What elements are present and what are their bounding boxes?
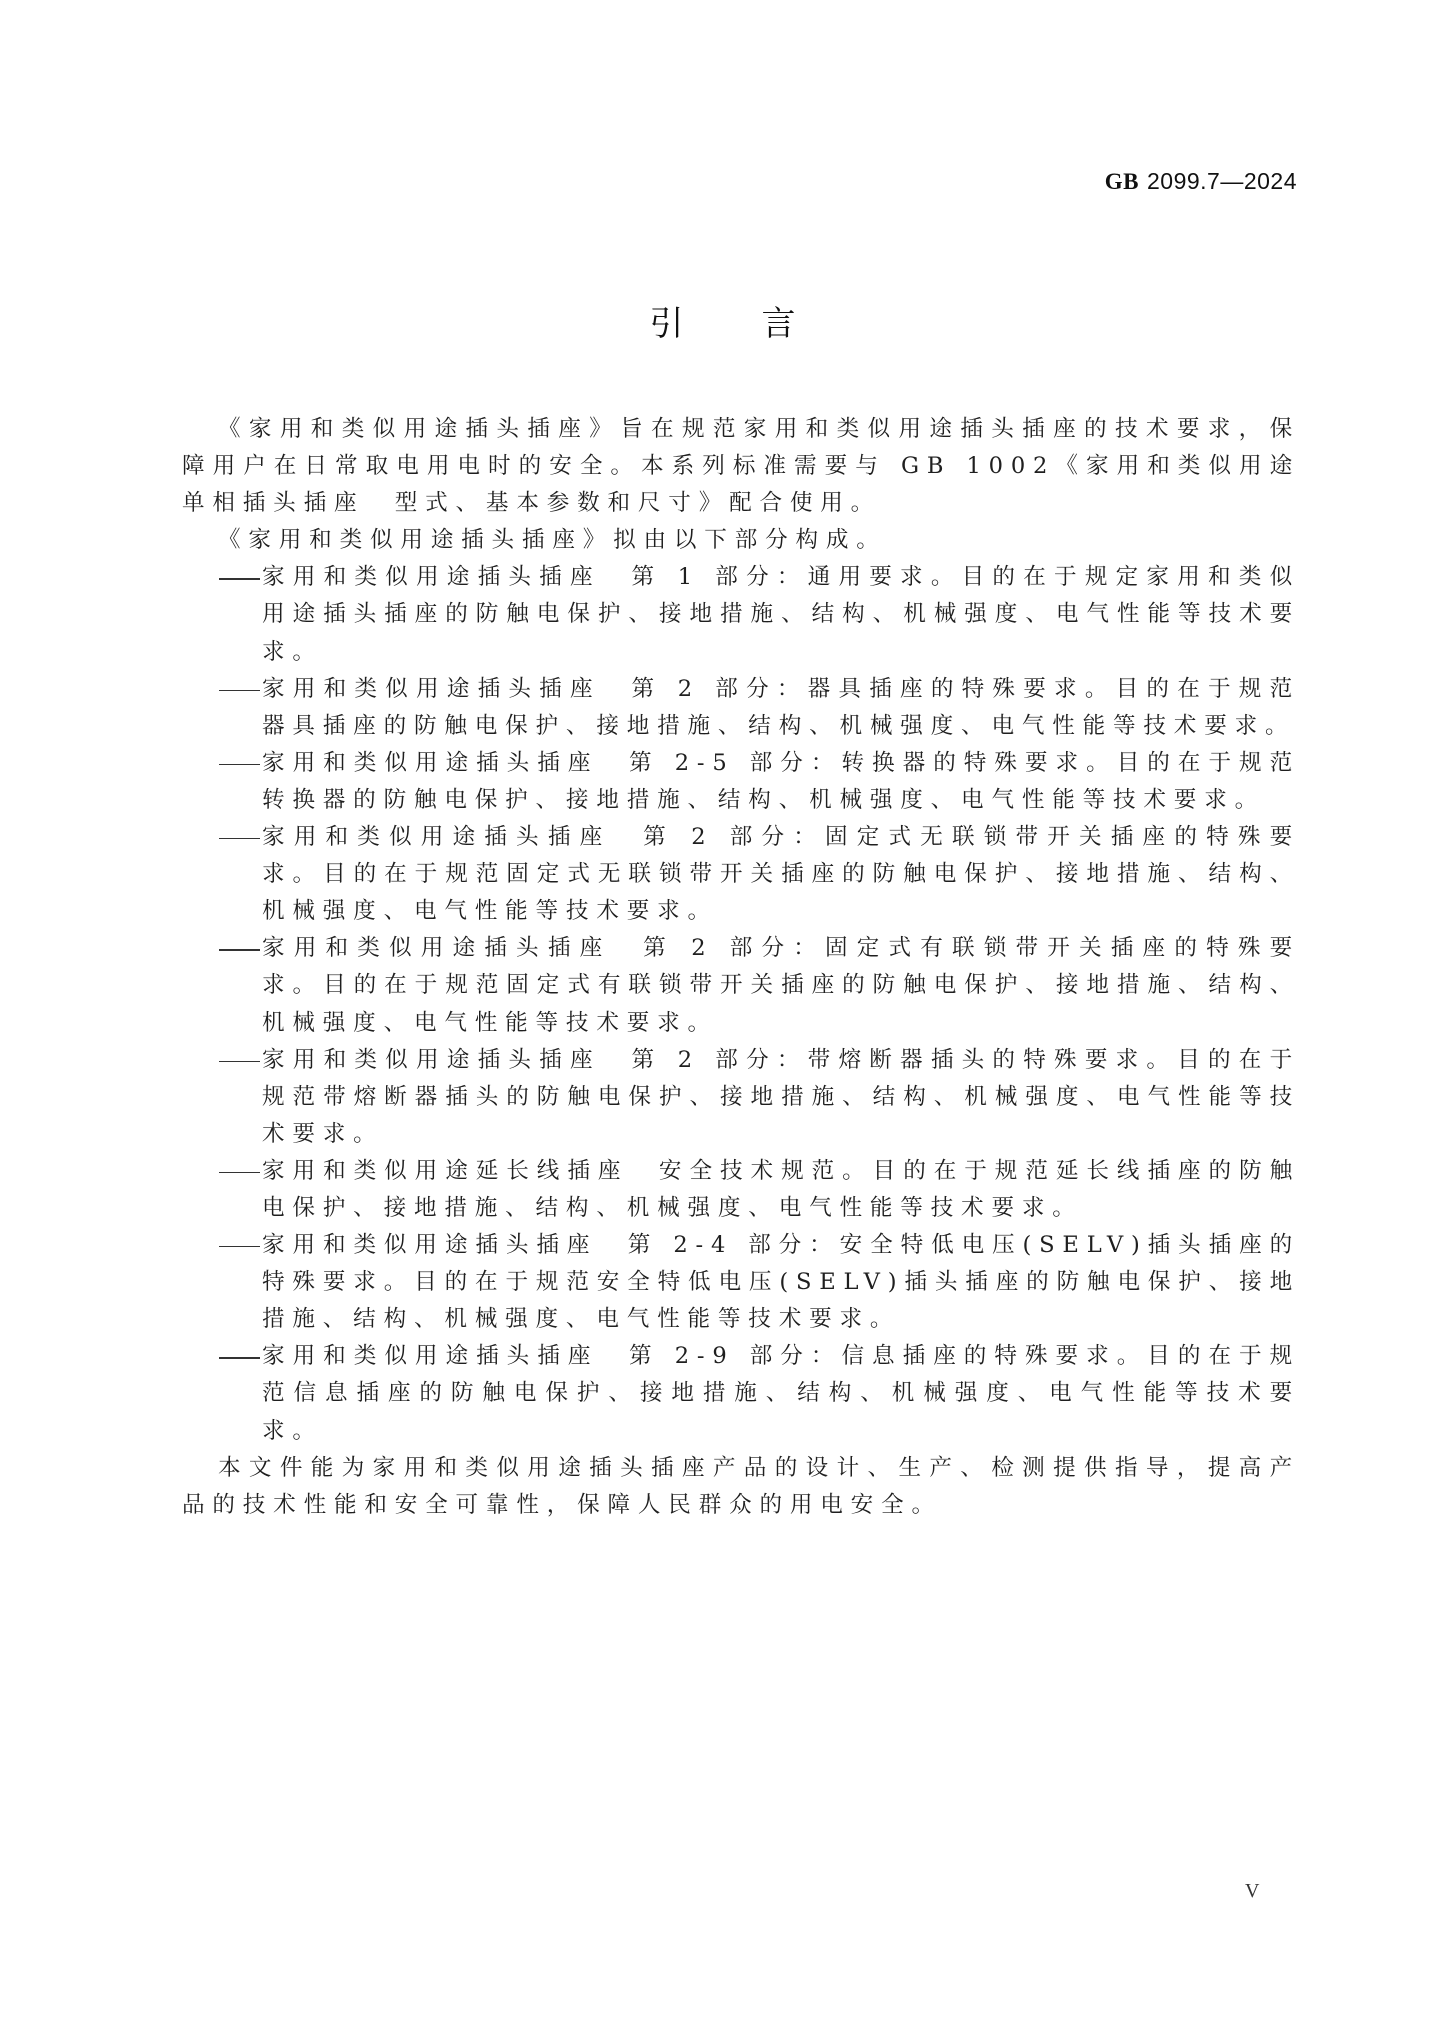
list-item-text: 家用和类似用途插头插座 第 2-5 部分：转换器的特殊要求。目的在于规范转换器的… [262, 750, 1300, 813]
list-item-text: 家用和类似用途插头插座 第 2-4 部分：安全特低电压(SELV)插头插座的特殊… [262, 1232, 1300, 1332]
list-item-text: 家用和类似用途插头插座 第 2 部分：固定式无联锁带开关插座的特殊要求。目的在于… [262, 824, 1300, 924]
document-body: 《家用和类似用途插头插座》旨在规范家用和类似用途插头插座的技术要求，保障用户在日… [182, 411, 1300, 1524]
list-item-text: 家用和类似用途延长线插座 安全技术规范。目的在于规范延长线插座的防触电保护、接地… [262, 1158, 1300, 1221]
list-item-extension-cord: 家用和类似用途延长线插座 安全技术规范。目的在于规范延长线插座的防触电保护、接地… [182, 1153, 1300, 1227]
standard-number: 2099.7—2024 [1147, 168, 1297, 194]
list-item-text: 家用和类似用途插头插座 第 1 部分：通用要求。目的在于规定家用和类似用途插头插… [262, 564, 1300, 664]
list-item-part-2-appliance-outlets: 家用和类似用途插头插座 第 2 部分：器具插座的特殊要求。目的在于规范器具插座的… [182, 671, 1300, 745]
list-item-part-1: 家用和类似用途插头插座 第 1 部分：通用要求。目的在于规定家用和类似用途插头插… [182, 559, 1300, 670]
page-number: V [1245, 1880, 1259, 1903]
list-item-part-2-5-adaptors: 家用和类似用途插头插座 第 2-5 部分：转换器的特殊要求。目的在于规范转换器的… [182, 745, 1300, 819]
list-item-text: 家用和类似用途插头插座 第 2 部分：固定式有联锁带开关插座的特殊要求。目的在于… [262, 935, 1300, 1035]
list-item-text: 家用和类似用途插头插座 第 2 部分：器具插座的特殊要求。目的在于规范器具插座的… [262, 676, 1300, 739]
standard-number-header: GB2099.7—2024 [1105, 168, 1297, 195]
parts-intro-paragraph: 《家用和类似用途插头插座》拟由以下部分构成。 [182, 522, 1300, 559]
list-item-part-2-switched-no-interlock: 家用和类似用途插头插座 第 2 部分：固定式无联锁带开关插座的特殊要求。目的在于… [182, 819, 1300, 930]
standard-prefix: GB [1105, 169, 1139, 194]
list-item-part-2-switched-interlock: 家用和类似用途插头插座 第 2 部分：固定式有联锁带开关插座的特殊要求。目的在于… [182, 930, 1300, 1041]
list-item-part-2-4-selv: 家用和类似用途插头插座 第 2-4 部分：安全特低电压(SELV)插头插座的特殊… [182, 1227, 1300, 1338]
list-item-part-2-fused-plugs: 家用和类似用途插头插座 第 2 部分：带熔断器插头的特殊要求。目的在于规范带熔断… [182, 1042, 1300, 1153]
list-item-text: 家用和类似用途插头插座 第 2 部分：带熔断器插头的特殊要求。目的在于规范带熔断… [262, 1047, 1300, 1147]
page-title: 引言 [0, 296, 1445, 345]
list-item-text: 家用和类似用途插头插座 第 2-9 部分：信息插座的特殊要求。目的在于规范信息插… [262, 1343, 1300, 1443]
intro-paragraph: 《家用和类似用途插头插座》旨在规范家用和类似用途插头插座的技术要求，保障用户在日… [182, 411, 1300, 522]
list-item-part-2-9-information-outlets: 家用和类似用途插头插座 第 2-9 部分：信息插座的特殊要求。目的在于规范信息插… [182, 1338, 1300, 1449]
closing-paragraph: 本文件能为家用和类似用途插头插座产品的设计、生产、检测提供指导，提高产品的技术性… [182, 1450, 1300, 1524]
